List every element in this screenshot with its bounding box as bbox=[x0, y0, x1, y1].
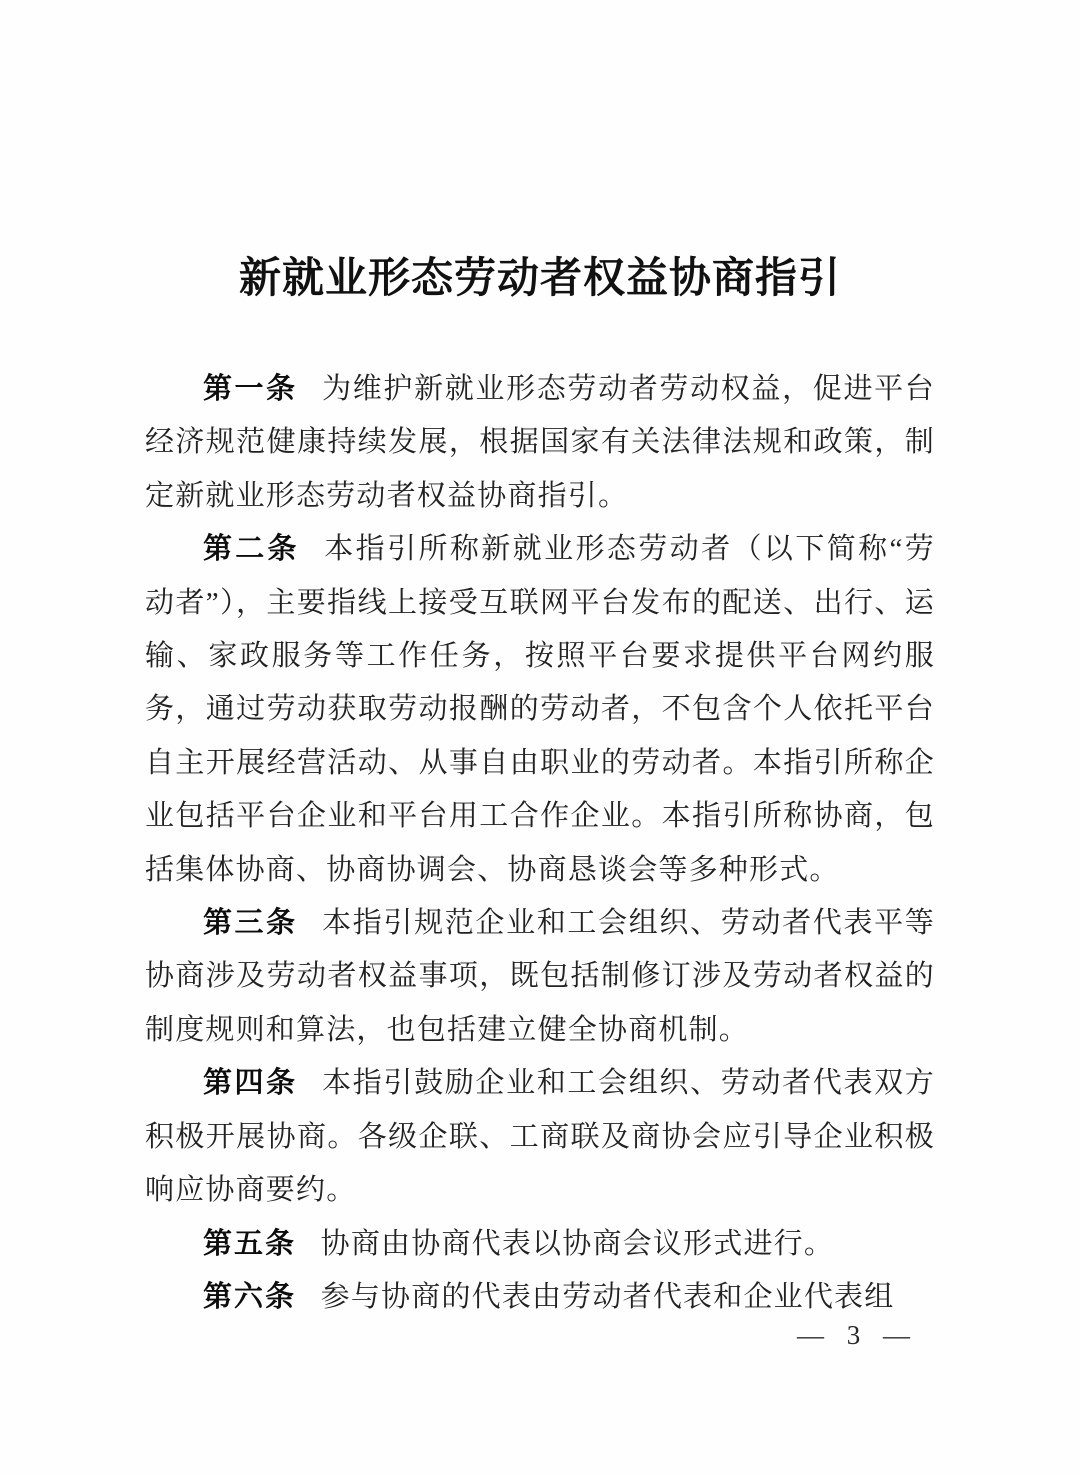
article-6-label: 第六条 bbox=[203, 1281, 296, 1313]
page-number: — 3 — bbox=[797, 1320, 912, 1351]
article-5-label: 第五条 bbox=[203, 1228, 296, 1260]
article-2-label: 第二条 bbox=[203, 533, 300, 565]
article-4-label: 第四条 bbox=[203, 1067, 297, 1099]
article-6: 第六条参与协商的代表由劳动者代表和企业代表组 bbox=[145, 1271, 935, 1324]
articles-section: 第一条为维护新就业形态劳动者劳动权益，促进平台经济规范健康持续发展，根据国家有关… bbox=[145, 363, 935, 1324]
article-1: 第一条为维护新就业形态劳动者劳动权益，促进平台经济规范健康持续发展，根据国家有关… bbox=[145, 363, 935, 523]
document-title: 新就业形态劳动者权益协商指引 bbox=[145, 0, 935, 303]
article-4: 第四条本指引鼓励企业和工会组织、劳动者代表双方积极开展协商。各级企联、工商联及商… bbox=[145, 1057, 935, 1217]
article-2-text: 本指引所称新就业形态劳动者（以下简称“劳动者”），主要指线上接受互联网平台发布的… bbox=[145, 533, 935, 885]
article-5: 第五条协商由协商代表以协商会议形式进行。 bbox=[145, 1218, 935, 1271]
article-2: 第二条本指引所称新就业形态劳动者（以下简称“劳动者”），主要指线上接受互联网平台… bbox=[145, 523, 935, 897]
article-3-label: 第三条 bbox=[203, 907, 297, 939]
article-5-text: 协商由协商代表以协商会议形式进行。 bbox=[321, 1228, 834, 1260]
document-body: 新就业形态劳动者权益协商指引 第一条为维护新就业形态劳动者劳动权益，促进平台经济… bbox=[0, 0, 1080, 1324]
article-1-label: 第一条 bbox=[203, 373, 297, 405]
article-3: 第三条本指引规范企业和工会组织、劳动者代表平等协商涉及劳动者权益事项，既包括制修… bbox=[145, 897, 935, 1057]
article-6-text: 参与协商的代表由劳动者代表和企业代表组 bbox=[321, 1281, 895, 1313]
document-page: 新就业形态劳动者权益协商指引 第一条为维护新就业形态劳动者劳动权益，促进平台经济… bbox=[0, 0, 1080, 1475]
